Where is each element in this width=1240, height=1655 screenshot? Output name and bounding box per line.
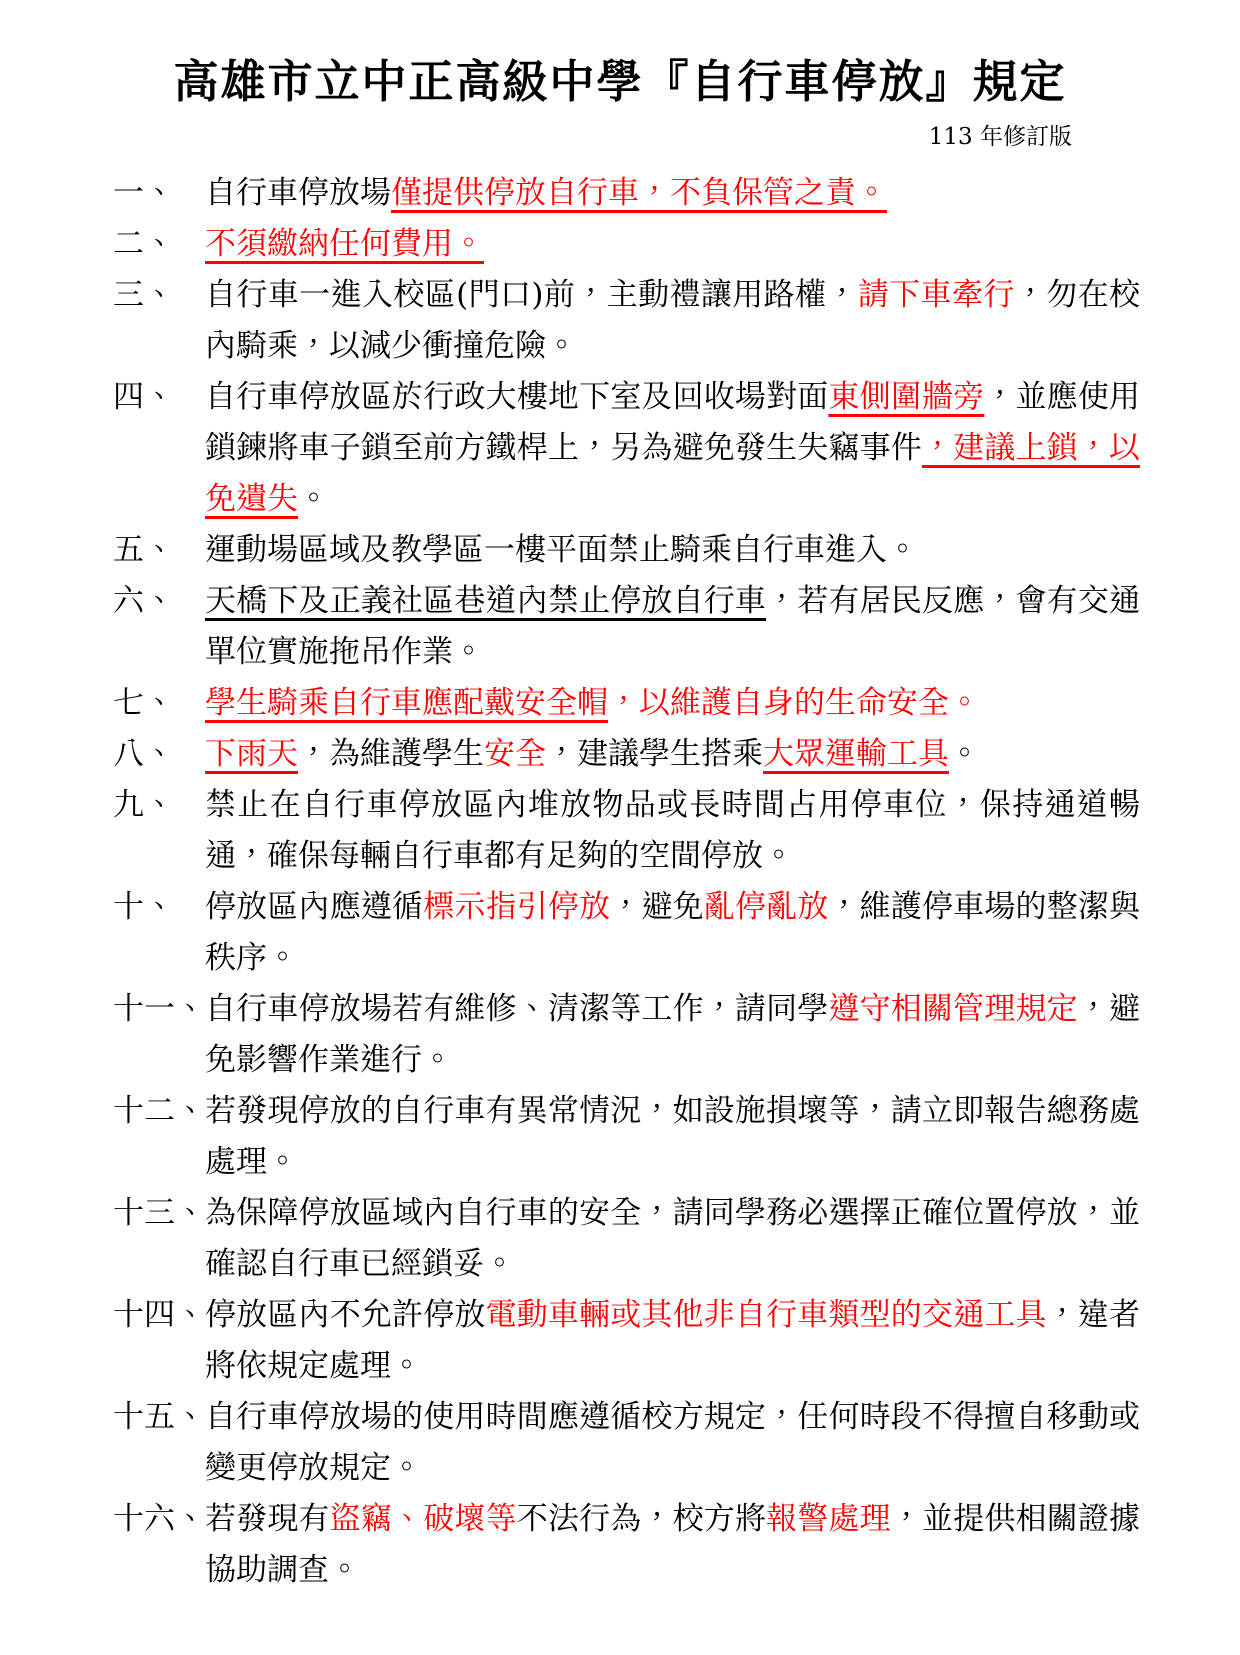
rule-number: 四、 [113, 372, 205, 423]
rule-text: 自行車停放區於行政大樓地下室及回收場對面東側圍牆旁，並應使用鎖鍊將車子鎖至前方鐵… [205, 372, 1140, 525]
text-segment: 盜竊、破壞等 [330, 1501, 517, 1537]
text-segment: 僅提供停放自行車，不負保管之責。 [391, 175, 887, 211]
rule-text: 禁止在自行車停放區內堆放物品或長時間占用停車位，保持通道暢通，確保每輛自行車都有… [205, 780, 1140, 882]
rule-text: 自行車停放場若有維修、清潔等工作，請同學遵守相關管理規定，避免影響作業進行。 [205, 984, 1140, 1086]
page-title: 高雄市立中正高級中學『自行車停放』規定 [60, 52, 1180, 112]
text-segment: 自行車停放區於行政大樓地下室及回收場對面 [205, 379, 828, 415]
rule-item: 九、禁止在自行車停放區內堆放物品或長時間占用停車位，保持通道暢通，確保每輛自行車… [113, 780, 1140, 882]
text-segment: 停放區內應遵循 [205, 889, 423, 925]
rule-number: 十六、 [113, 1494, 205, 1545]
rule-number: 十一、 [113, 984, 205, 1035]
text-segment: 電動車輛或其他非自行車類型的交通工具 [486, 1297, 1047, 1333]
rules-list: 一、自行車停放場僅提供停放自行車，不負保管之責。二、不須繳納任何費用。三、自行車… [0, 168, 1240, 1596]
rule-item: 十、停放區內應遵循標示指引停放，避免亂停亂放，維護停車場的整潔與秩序。 [113, 882, 1140, 984]
text-segment: 學生騎乘自行車應配戴安全帽 [205, 685, 608, 721]
text-segment: 遵守相關管理規定 [828, 991, 1077, 1027]
rule-number: 三、 [113, 270, 205, 321]
text-segment: 停放區內不允許停放 [205, 1297, 486, 1333]
rule-number: 十、 [113, 882, 205, 933]
rule-item: 十五、自行車停放場的使用時間應遵循校方規定，任何時段不得擅自移動或變更停放規定。 [113, 1392, 1140, 1494]
text-segment: 運動場區域及教學區一樓平面禁止騎乘自行車進入。 [205, 532, 918, 568]
text-segment: 大眾運輸工具 [763, 736, 949, 772]
rule-text: 停放區內應遵循標示指引停放，避免亂停亂放，維護停車場的整潔與秩序。 [205, 882, 1140, 984]
text-segment: ，建議學生搭乘 [546, 736, 763, 772]
text-segment: 若發現有 [205, 1501, 330, 1537]
rule-text: 停放區內不允許停放電動車輛或其他非自行車類型的交通工具，違者將依規定處理。 [205, 1290, 1140, 1392]
text-segment: 。 [298, 481, 329, 517]
rule-text: 學生騎乘自行車應配戴安全帽，以維護自身的生命安全。 [205, 678, 1140, 729]
rule-item: 三、自行車一進入校區(門口)前，主動禮讓用路權，請下車牽行，勿在校內騎乘，以減少… [113, 270, 1140, 372]
rule-text: 運動場區域及教學區一樓平面禁止騎乘自行車進入。 [205, 525, 1140, 576]
text-segment: 自行車停放場若有維修、清潔等工作，請同學 [205, 991, 828, 1027]
rule-number: 八、 [113, 729, 205, 780]
rule-number: 二、 [113, 219, 205, 270]
text-segment: 下雨天 [205, 736, 298, 772]
rule-item: 十三、為保障停放區域內自行車的安全，請同學務必選擇正確位置停放，並確認自行車已經… [113, 1188, 1140, 1290]
text-segment: ，為維護學生 [298, 736, 484, 772]
rule-number: 十五、 [113, 1392, 205, 1443]
text-segment: 請下車牽行 [858, 277, 1015, 313]
rule-text: 自行車停放場的使用時間應遵循校方規定，任何時段不得擅自移動或變更停放規定。 [205, 1392, 1140, 1494]
text-segment: 天橋下及正義社區巷道內禁止停放自行車 [205, 583, 766, 619]
rule-number: 十二、 [113, 1086, 205, 1137]
text-segment: 亂停亂放 [704, 889, 829, 925]
rule-item: 五、運動場區域及教學區一樓平面禁止騎乘自行車進入。 [113, 525, 1140, 576]
rule-number: 十四、 [113, 1290, 205, 1341]
rule-item: 六、天橋下及正義社區巷道內禁止停放自行車，若有居民反應，會有交通單位實施拖吊作業… [113, 576, 1140, 678]
text-segment: 報警處理 [766, 1501, 891, 1537]
text-segment: 為保障停放區域內自行車的安全，請同學務必選擇正確位置停放，並確認自行車已經鎖妥。 [205, 1195, 1140, 1282]
rule-item: 二、不須繳納任何費用。 [113, 219, 1140, 270]
text-segment: 自行車一進入校區(門口)前，主動禮讓用路權， [205, 277, 858, 313]
rule-text: 天橋下及正義社區巷道內禁止停放自行車，若有居民反應，會有交通單位實施拖吊作業。 [205, 576, 1140, 678]
rule-text: 自行車一進入校區(門口)前，主動禮讓用路權，請下車牽行，勿在校內騎乘，以減少衝撞… [205, 270, 1140, 372]
text-segment: ，以維護自身的生命安全。 [608, 685, 980, 721]
rule-text: 不須繳納任何費用。 [205, 219, 1140, 270]
text-segment: 。 [949, 736, 980, 772]
rule-text: 若發現停放的自行車有異常情況，如設施損壞等，請立即報告總務處處理。 [205, 1086, 1140, 1188]
rule-number: 一、 [113, 168, 205, 219]
rule-item: 十二、若發現停放的自行車有異常情況，如設施損壞等，請立即報告總務處處理。 [113, 1086, 1140, 1188]
rule-item: 十六、若發現有盜竊、破壞等不法行為，校方將報警處理，並提供相關證據協助調查。 [113, 1494, 1140, 1596]
rule-item: 十一、自行車停放場若有維修、清潔等工作，請同學遵守相關管理規定，避免影響作業進行… [113, 984, 1140, 1086]
rule-item: 四、自行車停放區於行政大樓地下室及回收場對面東側圍牆旁，並應使用鎖鍊將車子鎖至前… [113, 372, 1140, 525]
rule-item: 一、自行車停放場僅提供停放自行車，不負保管之責。 [113, 168, 1140, 219]
text-segment: 若發現停放的自行車有異常情況，如設施損壞等，請立即報告總務處處理。 [205, 1093, 1140, 1180]
rule-number: 六、 [113, 576, 205, 627]
text-segment: 禁止在自行車停放區內堆放物品或長時間占用停車位，保持通道暢通，確保每輛自行車都有… [205, 787, 1140, 874]
text-segment: 不須繳納任何費用。 [205, 226, 484, 262]
rule-item: 十四、停放區內不允許停放電動車輛或其他非自行車類型的交通工具，違者將依規定處理。 [113, 1290, 1140, 1392]
text-segment: 安全 [484, 736, 546, 772]
text-segment: 自行車停放場的使用時間應遵循校方規定，任何時段不得擅自移動或變更停放規定。 [205, 1399, 1140, 1486]
rule-text: 自行車停放場僅提供停放自行車，不負保管之責。 [205, 168, 1140, 219]
rule-text: 為保障停放區域內自行車的安全，請同學務必選擇正確位置停放，並確認自行車已經鎖妥。 [205, 1188, 1140, 1290]
rule-number: 九、 [113, 780, 205, 831]
rule-number: 十三、 [113, 1188, 205, 1239]
text-segment: 標示指引停放 [423, 889, 610, 925]
document-page: 高雄市立中正高級中學『自行車停放』規定 113 年修訂版 一、自行車停放場僅提供… [0, 0, 1240, 1655]
rule-text: 下雨天，為維護學生安全，建議學生搭乘大眾運輸工具。 [205, 729, 1140, 780]
text-segment: ，避免 [610, 889, 704, 925]
revision-note: 113 年修訂版 [0, 120, 1072, 154]
text-segment: 自行車停放場 [205, 175, 391, 211]
text-segment: 不法行為，校方將 [517, 1501, 766, 1537]
rule-item: 七、學生騎乘自行車應配戴安全帽，以維護自身的生命安全。 [113, 678, 1140, 729]
rule-text: 若發現有盜竊、破壞等不法行為，校方將報警處理，並提供相關證據協助調查。 [205, 1494, 1140, 1596]
rule-number: 五、 [113, 525, 205, 576]
text-segment: 東側圍牆旁 [828, 379, 984, 415]
rule-item: 八、下雨天，為維護學生安全，建議學生搭乘大眾運輸工具。 [113, 729, 1140, 780]
rule-number: 七、 [113, 678, 205, 729]
